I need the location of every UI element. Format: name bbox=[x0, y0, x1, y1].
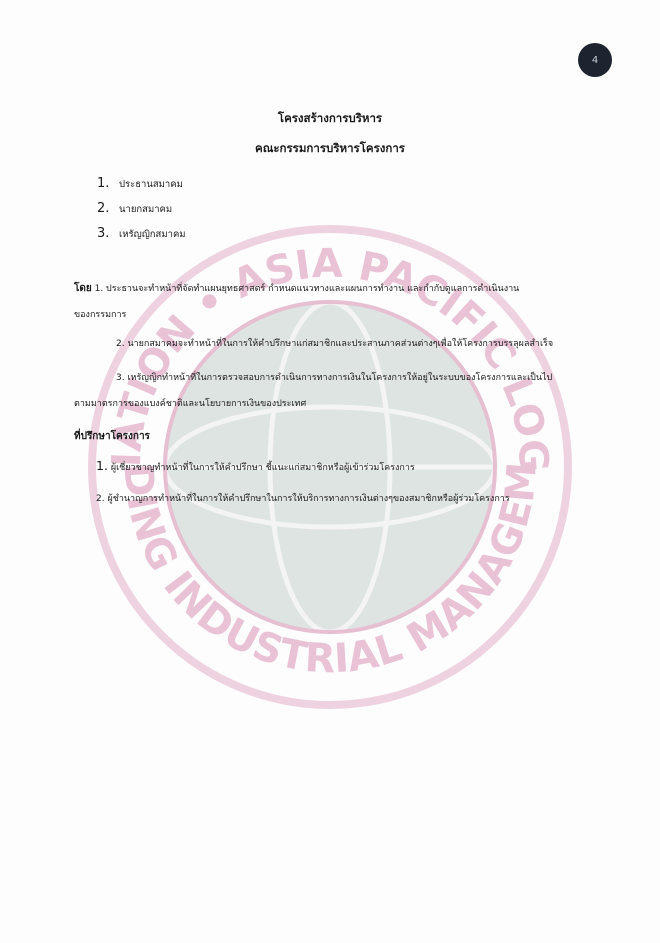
page-number-badge: 4 bbox=[578, 43, 612, 77]
advisor-item-2: 2. ผู้ชำนาญการทำหน้าที่ในการให้คำปรึกษาใ… bbox=[96, 491, 510, 505]
advisor-item-1: 1. ผู้เชี่ยวชาญทำหน้าที่ในการให้คำปรึกษา… bbox=[96, 458, 415, 474]
duty-text: 1. ประธานจะทำหน้าที่จัดทำแผนยุทธศาสตร์ ก… bbox=[95, 284, 520, 294]
duty-item-2: 2. นายกสมาคมจะทำหน้าที่ในการให้คำปรึกษาแ… bbox=[116, 336, 553, 350]
member-number: 1. bbox=[97, 176, 119, 191]
member-number: 2. bbox=[97, 201, 119, 216]
page-title: โครงสร้างการบริหาร bbox=[0, 110, 660, 128]
member-label: นายกสมาคม bbox=[119, 202, 172, 217]
duty-item-1-continued: ของกรรมการ bbox=[74, 307, 126, 321]
member-number: 3. bbox=[97, 226, 119, 241]
duty-item-3: 3. เหรัญญิกทำหน้าที่ในการตรวจสอบการดำเนิ… bbox=[116, 370, 552, 384]
page-number: 4 bbox=[592, 55, 598, 66]
document-page: ASSOCIATION • ASIA PACIFIC LOGISTICS TRA… bbox=[0, 0, 660, 943]
duty-item-3-continued: ตามมาตรการของแบงค์ชาติและนโยบายการเงินขอ… bbox=[74, 396, 306, 410]
page-subtitle: คณะกรรมการบริหารโครงการ bbox=[0, 140, 660, 158]
member-label: เหรัญญิกสมาคม bbox=[119, 227, 186, 242]
member-item: 3. เหรัญญิกสมาคม bbox=[97, 226, 186, 251]
duty-item-1: โดย 1. ประธานจะทำหน้าที่จัดทำแผนยุทธศาสต… bbox=[74, 281, 519, 296]
member-label: ประธานสมาคม bbox=[119, 177, 183, 192]
committee-member-list: 1. ประธานสมาคม 2. นายกสมาคม 3. เหรัญญิกส… bbox=[97, 176, 186, 251]
duties-lead: โดย bbox=[74, 283, 92, 294]
member-item: 2. นายกสมาคม bbox=[97, 201, 186, 226]
member-item: 1. ประธานสมาคม bbox=[97, 176, 186, 201]
advisor-number: 1. bbox=[96, 458, 108, 473]
advisors-heading: ที่ปรึกษาโครงการ bbox=[74, 429, 150, 444]
advisor-text: ผู้เชี่ยวชาญทำหน้าที่ในการให้คำปรึกษา ชี… bbox=[111, 463, 415, 473]
